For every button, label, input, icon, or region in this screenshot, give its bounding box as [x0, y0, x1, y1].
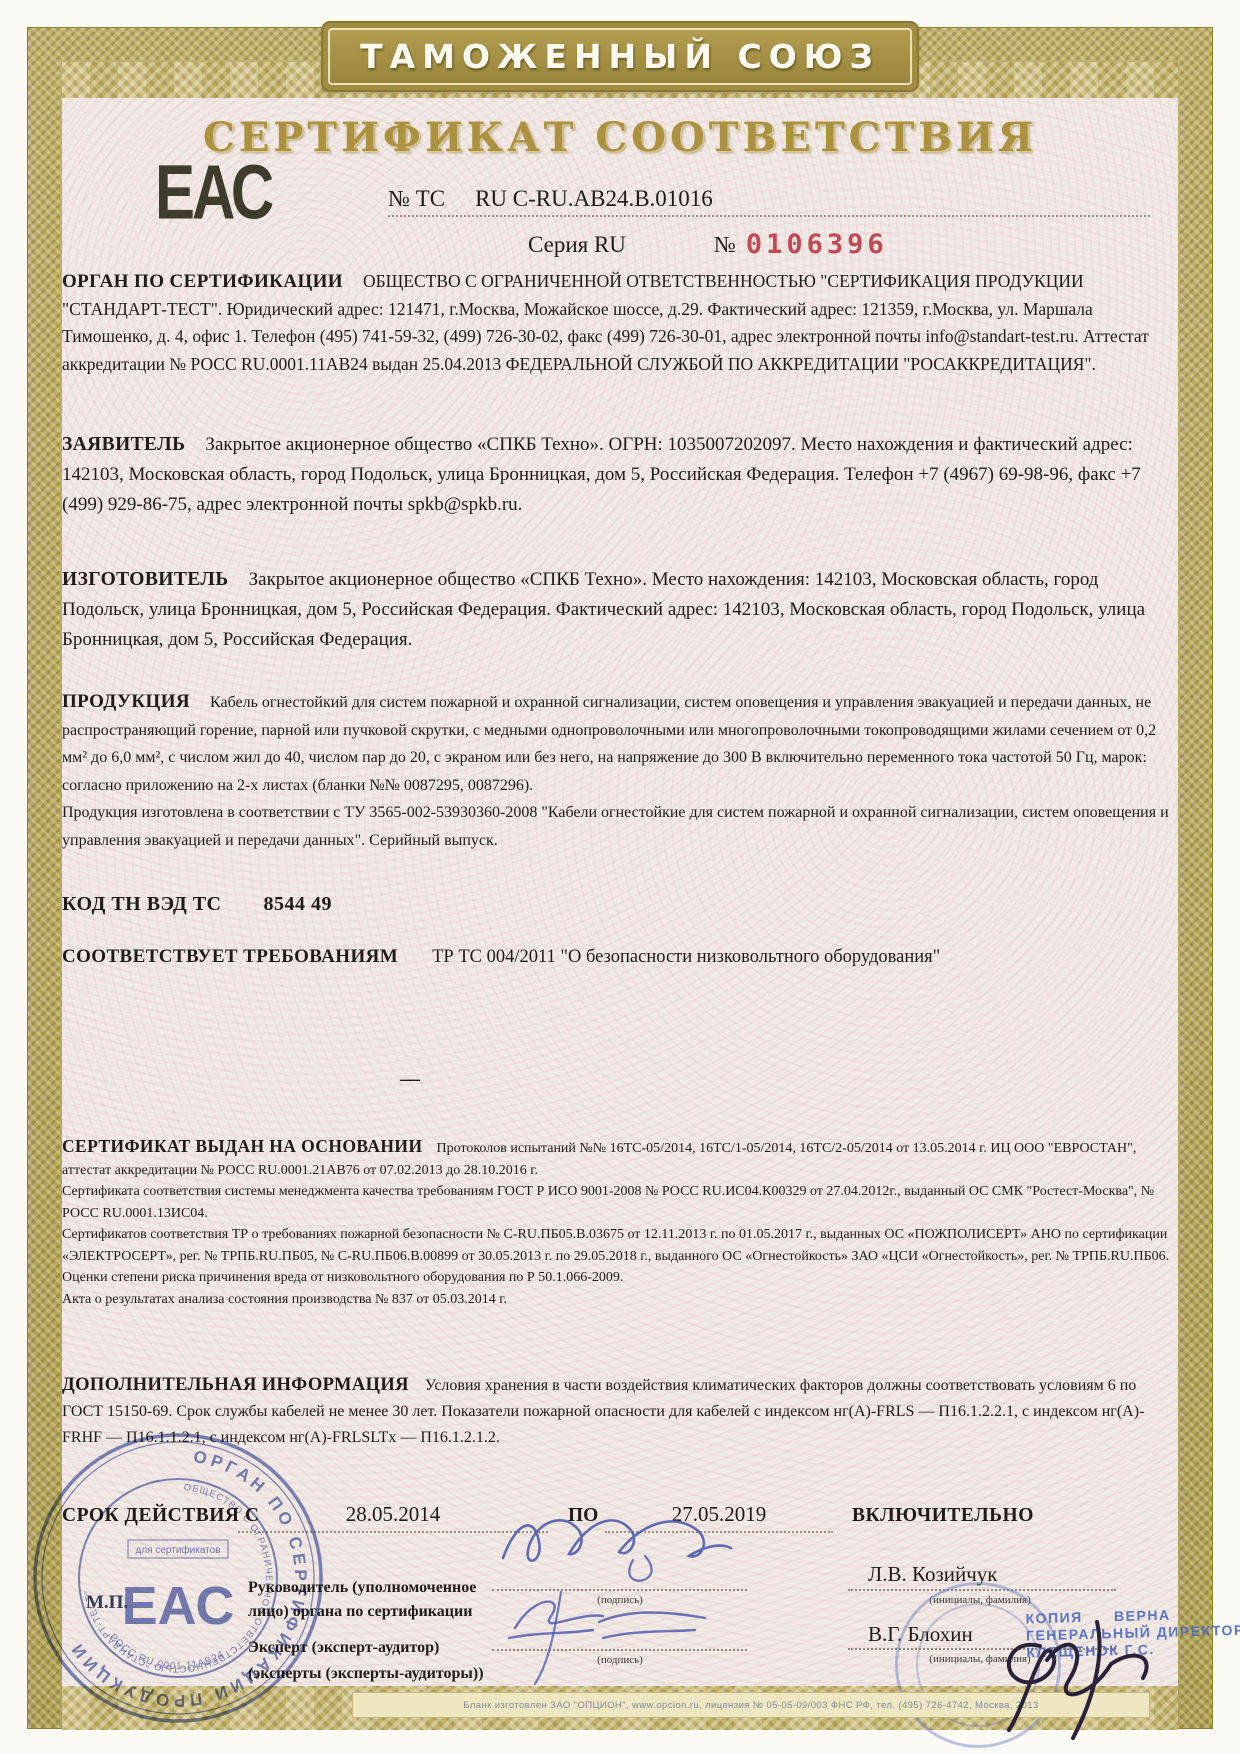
- product-text: Кабель огнестойкий для систем пожарной и…: [62, 694, 1156, 794]
- section-product: ПРОДУКЦИЯКабель огнестойкий для систем п…: [62, 688, 1176, 854]
- tnved-code-label: КОД ТН ВЭД ТС: [62, 893, 222, 915]
- tnved-code-value: 8544 49: [264, 893, 333, 915]
- section-issued-on-basis: СЕРТИФИКАТ ВЫДАН НА ОСНОВАНИИПротоколов …: [62, 1136, 1176, 1310]
- section-applicant: ЗАЯВИТЕЛЬЗакрытое акционерное общество «…: [62, 430, 1176, 520]
- product-label: ПРОДУКЦИЯ: [62, 691, 210, 712]
- section-tnved-code: КОД ТН ВЭД ТС8544 49: [62, 893, 1176, 916]
- applicant-text: Закрытое акционерное общество «СПКБ Техн…: [62, 434, 1141, 515]
- product-paragraph-2: Продукция изготовлена в соответствии с Т…: [62, 799, 1176, 854]
- certification-body-label: ОРГАН ПО СЕРТИФИКАЦИИ: [62, 271, 363, 292]
- series-number-sign: №: [714, 232, 736, 258]
- series-label: Серия RU: [528, 232, 626, 257]
- svg-text:РОСС RU.0001.11АВ24: РОСС RU.0001.11АВ24: [107, 1632, 227, 1672]
- section-complies-with: СООТВЕТСТВУЕТ ТРЕБОВАНИЯМТР ТС 004/2011 …: [62, 942, 1176, 972]
- additional-info-label: ДОПОЛНИТЕЛЬНАЯ ИНФОРМАЦИЯ: [62, 1375, 425, 1395]
- basis-paragraph-3: Сертификатов соответствия ТР о требовани…: [62, 1224, 1176, 1267]
- validity-inclusive-label: ВКЛЮЧИТЕЛЬНО: [852, 1505, 1034, 1527]
- basis-paragraph-4: Оценки степени риска причинения вреда от…: [62, 1267, 1176, 1289]
- complies-text: ТР ТС 004/2011 "О безопасности низковоль…: [432, 947, 940, 967]
- series-number-value: 0106396: [746, 229, 888, 260]
- dash-mark: —: [400, 1068, 420, 1091]
- round-stamp-accreditation-text: РОСС RU.0001.11АВ24: [107, 1632, 227, 1672]
- round-stamp-sub-text: для сертификатов: [135, 1544, 220, 1556]
- complies-label: СООТВЕТСТВУЕТ ТРЕБОВАНИЯМ: [62, 946, 432, 967]
- basis-paragraph-1: СЕРТИФИКАТ ВЫДАН НА ОСНОВАНИИПротоколов …: [62, 1136, 1176, 1181]
- eac-logo: ЕАС: [155, 148, 271, 236]
- series-row: Серия RU№0106396: [528, 228, 888, 259]
- basis-paragraph-5: Акта о результатах анализа состояния про…: [62, 1289, 1176, 1311]
- customs-union-banner-text: ТАМОЖЕННЫЙ СОЮЗ: [360, 37, 880, 76]
- certificate-number-label: № ТС: [388, 186, 445, 211]
- section-certification-body: ОРГАН ПО СЕРТИФИКАЦИИОБЩЕСТВО С ОГРАНИЧЕ…: [62, 268, 1176, 378]
- manufacturer-label: ИЗГОТОВИТЕЛЬ: [62, 569, 249, 590]
- director-handwritten-signature: [985, 1608, 1195, 1743]
- certificate-page: ТАМОЖЕННЫЙ СОЮЗ ЕАС СЕРТИФИКАТ СООТВЕТСТ…: [0, 0, 1240, 1754]
- section-manufacturer: ИЗГОТОВИТЕЛЬЗакрытое акционерное обществ…: [62, 565, 1176, 655]
- applicant-label: ЗАЯВИТЕЛЬ: [62, 434, 205, 455]
- blank-manufacturer-text: Бланк изготовлен ЗАО "ОПЦИОН", www.opcio…: [463, 1700, 1038, 1711]
- page-title: СЕРТИФИКАТ СООТВЕТСТВИЯ: [0, 114, 1240, 161]
- certification-body-round-stamp: ОРГАН ПО СЕРТИФИКАЦИИ ПРОДУКЦИИ ОБЩЕСТВО…: [28, 1428, 328, 1728]
- mp-seal-place-label: М.П.: [86, 1592, 128, 1614]
- product-paragraph-1: ПРОДУКЦИЯКабель огнестойкий для систем п…: [62, 688, 1176, 799]
- customs-union-plaque-inner: ТАМОЖЕННЫЙ СОЮЗ: [328, 28, 912, 85]
- basis-label: СЕРТИФИКАТ ВЫДАН НА ОСНОВАНИИ: [62, 1136, 436, 1156]
- basis-paragraph-2: Сертификата соответствия системы менеджм…: [62, 1181, 1176, 1224]
- certificate-number-row: № ТСRU C-RU.АВ24.В.01016: [388, 186, 1150, 217]
- expert-signature: [495, 1572, 745, 1687]
- certificate-number-value: RU C-RU.АВ24.В.01016: [475, 186, 713, 211]
- customs-union-plaque: ТАМОЖЕННЫЙ СОЮЗ: [323, 23, 917, 90]
- round-stamp-eac-text: ЕАС: [122, 1576, 235, 1636]
